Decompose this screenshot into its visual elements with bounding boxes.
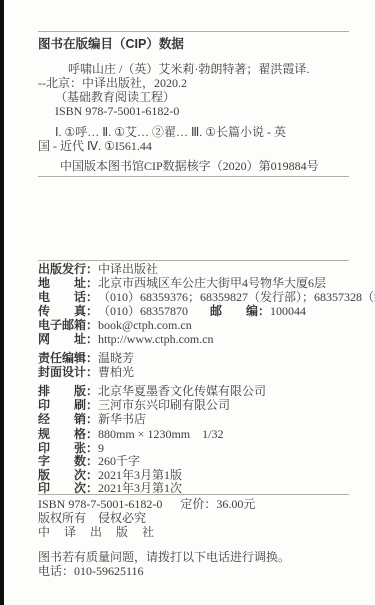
publisher-info-block: 出版发行： 中译出版社 地 址： 北京市西城区车公庄大街甲4号物华大厦6层 电 … (38, 262, 349, 346)
info-row: 版 次： 2021年3月第1版 (38, 469, 349, 483)
info-label: 规 格： (38, 428, 98, 442)
divider-isbn (38, 494, 349, 495)
divider-info-top (38, 260, 349, 261)
isbn-price-row: ISBN 978-7-5001-6182-0 定价：36.00元 (38, 497, 349, 511)
info-label: 地 址： (38, 276, 98, 290)
info-label: 传 真： (38, 304, 98, 318)
cip-record-line: 中国版本图书馆CIP数据核字（2020）第019884号 (38, 159, 349, 173)
info-row: 规 格： 880mm × 1230mm 1/32 (38, 428, 349, 442)
info-label: 责任编辑： (38, 351, 98, 365)
divider-top (38, 31, 349, 32)
info-row: 印 张： 9 (38, 442, 349, 456)
info-label: 出版发行： (38, 262, 98, 276)
cip-entry-line: --北京：中译出版社，2020.2 (38, 76, 349, 90)
price-text: 定价：36.00元 (180, 497, 255, 511)
copyright-page: 图书在版编目（CIP）数据 呼啸山庄 /（英）艾米莉·勃朗特著；翟洪霞译. --… (0, 0, 375, 605)
info-row: 封面设计： 曹柏光 (38, 365, 349, 379)
cip-entry-line: （基础教育阅读工程） (38, 90, 349, 104)
cip-classification-block: Ⅰ. ①呼… Ⅱ. ①艾… ②翟… Ⅲ. ①长篇小说 - 英 国 - 近代 Ⅳ.… (38, 125, 349, 153)
info-value: 2021年3月第1版 (98, 469, 182, 483)
cip-entry-block: 呼啸山庄 /（英）艾米莉·勃朗特著；翟洪霞译. --北京：中译出版社，2020.… (38, 62, 349, 118)
info-value: 880mm × 1230mm 1/32 (98, 428, 223, 442)
info-label: 经 销： (38, 412, 98, 426)
info-value: 9 (98, 442, 104, 456)
info-label: 印 刷： (38, 398, 98, 412)
info-value: 260千字 (98, 455, 140, 469)
staff-credits-block: 责任编辑： 温晓芳 封面设计： 曹柏光 (38, 351, 349, 379)
cip-entry-line: ISBN 978-7-5001-6182-0 (38, 104, 349, 118)
scan-edge-artifact (0, 0, 4, 605)
info-label: 印 张： (38, 442, 98, 456)
cip-heading: 图书在版编目（CIP）数据 (38, 37, 184, 51)
info-value: http://www.ctph.com.cn (98, 332, 214, 346)
isbn-text: ISBN 978-7-5001-6182-0 (38, 497, 162, 511)
info-row: 网 址： http://www.ctph.com.cn (38, 332, 349, 346)
info-row: 电 话： （010）68359376；68359827（发行部）；6835732… (38, 290, 349, 304)
info-label: 邮 编： (210, 304, 270, 318)
info-value: book@ctph.com.cn (98, 318, 192, 332)
info-value: 北京华夏墨香文化传媒有限公司 (98, 384, 266, 398)
info-row: 出版发行： 中译出版社 (38, 262, 349, 276)
info-value: 100044 (270, 304, 306, 318)
info-row: 电子邮箱： book@ctph.com.cn (38, 318, 349, 332)
info-label: 字 数： (38, 455, 98, 469)
info-label: 电 话： (38, 290, 98, 304)
info-label: 电子邮箱： (38, 318, 98, 332)
info-row: 责任编辑： 温晓芳 (38, 351, 349, 365)
cip-class-line: Ⅰ. ①呼… Ⅱ. ①艾… ②翟… Ⅲ. ①长篇小说 - 英 (38, 125, 349, 139)
cip-entry-line: 呼啸山庄 /（英）艾米莉·勃朗特著；翟洪霞译. (38, 62, 349, 76)
info-value: （010）68357870 (98, 304, 188, 318)
info-value: 新华书店 (98, 412, 146, 426)
divider-cip-bottom (38, 176, 349, 177)
production-credits-block: 排 版： 北京华夏墨香文化传媒有限公司 印 刷： 三河市东兴印刷有限公司 经 销… (38, 384, 349, 426)
info-value: （010）68359376；68359827（发行部）；68357328（编辑部… (98, 290, 375, 304)
info-label: 封面设计： (38, 365, 98, 379)
service-phone: 电话：010-59625116 (38, 564, 349, 578)
quality-notice: 图书若有质量问题，请拨打以下电话进行调换。 (38, 550, 349, 564)
info-value: 曹柏光 (98, 365, 134, 379)
publisher-name: 中 译 出 版 社 (38, 525, 349, 539)
info-row: 传 真： （010）68357870 邮 编： 100044 (38, 304, 349, 318)
info-value: 温晓芳 (98, 351, 134, 365)
info-row: 字 数： 260千字 (38, 455, 349, 469)
copyright-statement: 版权所有 侵权必究 (38, 511, 349, 525)
cip-record-block: 中国版本图书馆CIP数据核字（2020）第019884号 (38, 159, 349, 173)
info-value: 中译出版社 (98, 262, 158, 276)
info-label: 排 版： (38, 384, 98, 398)
info-value: 三河市东兴印刷有限公司 (98, 398, 230, 412)
info-row: 排 版： 北京华夏墨香文化传媒有限公司 (38, 384, 349, 398)
info-label: 版 次： (38, 469, 98, 483)
specs-block: 规 格： 880mm × 1230mm 1/32 印 张： 9 字 数： 260… (38, 428, 349, 496)
info-row: 地 址： 北京市西城区车公庄大街甲4号物华大厦6层 (38, 276, 349, 290)
info-row: 经 销： 新华书店 (38, 412, 349, 426)
info-label: 网 址： (38, 332, 98, 346)
info-value: 北京市西城区车公庄大街甲4号物华大厦6层 (98, 276, 326, 290)
info-row: 印 刷： 三河市东兴印刷有限公司 (38, 398, 349, 412)
cip-class-line: 国 - 近代 Ⅳ. ①I561.44 (38, 139, 349, 153)
